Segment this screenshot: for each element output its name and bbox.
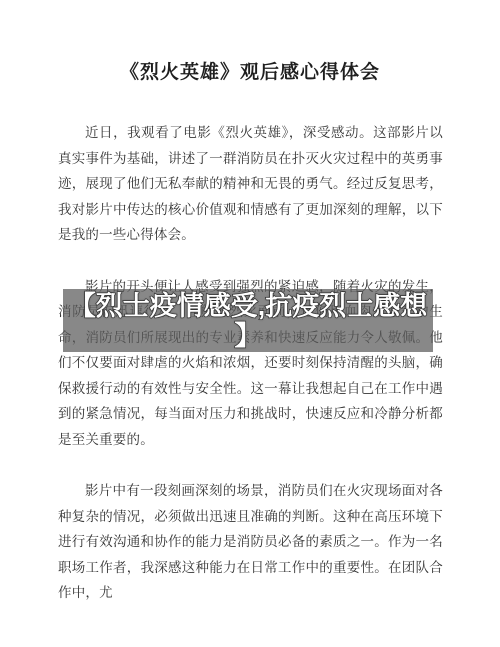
watermark-line-2: 】 (69, 321, 428, 351)
document-title: 《烈火英雄》观后感心得体会 (0, 57, 500, 84)
watermark-text: 【烈士疫情感受,抗疫烈士感想 】 (69, 291, 428, 351)
paragraph-1: 近日，我观看了电影《烈火英雄》，深受感动。这部影片以真实事件为基础，讲述了一群消… (58, 120, 443, 248)
watermark-overlay: 【烈士疫情感受,抗疫烈士感想 】 (63, 289, 433, 352)
document-page: 《烈火英雄》观后感心得体会 近日，我观看了电影《烈火英雄》，深受感动。这部影片以… (0, 0, 500, 647)
document-body: 近日，我观看了电影《烈火英雄》，深受感动。这部影片以真实事件为基础，讲述了一群消… (58, 120, 443, 606)
watermark-line-1: 【烈士疫情感受,抗疫烈士感想 (69, 291, 428, 321)
paragraph-3: 影片中有一段刻画深刻的场景，消防员们在火灾现场面对各种复杂的情况，必须做出迅速且… (58, 478, 443, 606)
